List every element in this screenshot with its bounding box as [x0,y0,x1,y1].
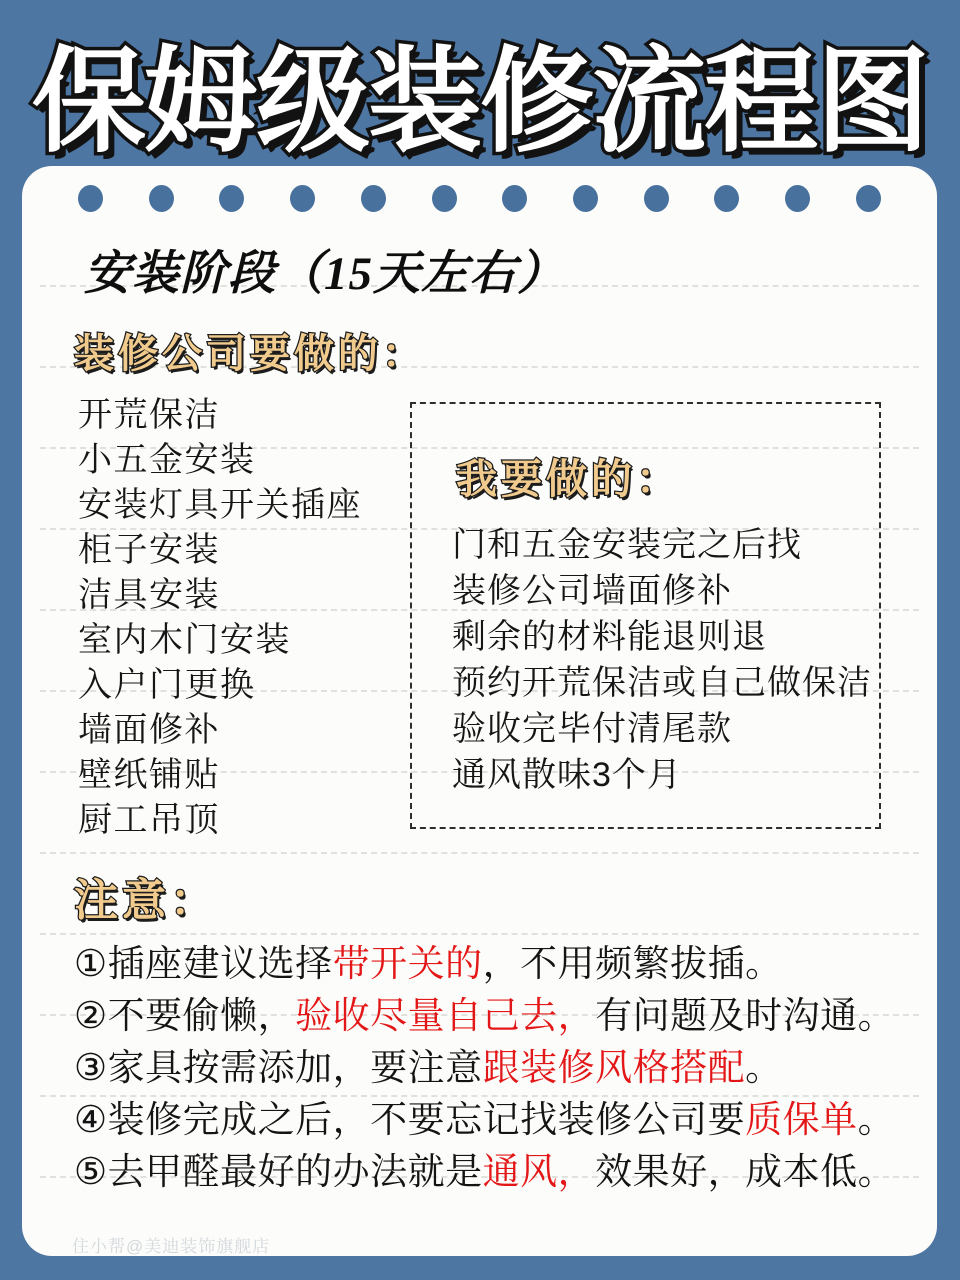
list-item: 厨工吊顶 [78,798,362,843]
binding-dot-icon [432,185,457,212]
list-item: 门和五金安装完之后找 [452,522,872,568]
note-text: ④装修完成之后，不要忘记找装修公司要 [74,1099,745,1140]
list-item: 墙面修补 [78,708,362,753]
list-item: 入户门更换 [78,663,362,708]
ruled-line [40,933,919,935]
note-text: ②不要偷懒， [74,995,295,1036]
binding-dot-icon [361,185,386,212]
note-text: ，不用频繁拔插。 [483,943,783,984]
note-item: ②不要偷懒，验收尽量自己去，有问题及时沟通。 [74,990,895,1042]
binding-dot-icon [502,185,527,212]
notes-list: ①插座建议选择带开关的，不用频繁拔插。 ②不要偷懒，验收尽量自己去，有问题及时沟… [74,938,895,1198]
binding-dot-icon [573,185,598,212]
note-text: ③家具按需添加，要注意 [74,1047,483,1088]
note-text: 。 [745,1047,783,1088]
binding-dot-icon [856,185,881,212]
list-item: 柜子安装 [78,528,362,573]
my-tasks-label: 我要做的： [456,446,681,505]
list-item: 壁纸铺贴 [78,753,362,798]
list-item: 装修公司墙面修补 [452,568,872,614]
note-highlight: 通风， [483,1151,596,1192]
note-text: 有问题及时沟通。 [595,995,895,1036]
binding-dot-icon [644,185,669,212]
note-highlight: 跟装修风格搭配 [483,1047,746,1088]
paper-sheet: 安装阶段（15天左右） 装修公司要做的： 开荒保洁 小五金安装 安装灯具开关插座… [22,166,937,1256]
note-text: 。 [858,1099,896,1140]
note-item: ⑤去甲醛最好的办法就是通风，效果好，成本低。 [74,1146,895,1198]
watermark: 住小帮@美迪装饰旗舰店 [72,1232,270,1257]
note-item: ④装修完成之后，不要忘记找装修公司要质保单。 [74,1094,895,1146]
note-text: 效果好，成本低。 [595,1151,895,1192]
list-item: 验收完毕付清尾款 [452,706,872,752]
binding-dot-icon [219,185,244,212]
note-highlight: 验收尽量自己去， [295,995,595,1036]
note-item: ③家具按需添加，要注意跟装修风格搭配。 [74,1042,895,1094]
company-tasks-list: 开荒保洁 小五金安装 安装灯具开关插座 柜子安装 洁具安装 室内木门安装 入户门… [78,393,362,843]
note-item: ①插座建议选择带开关的，不用频繁拔插。 [74,938,895,990]
list-item: 室内木门安装 [78,618,362,663]
list-item: 安装灯具开关插座 [78,483,362,528]
list-item: 通风散味3个月 [452,752,872,798]
list-item: 开荒保洁 [78,393,362,438]
list-item: 预约开荒保洁或自己做保洁 [452,660,872,706]
list-item: 剩余的材料能退则退 [452,614,872,660]
binding-dot-icon [785,185,810,212]
notes-label: 注意： [74,864,218,928]
company-tasks-label: 装修公司要做的： [74,322,426,379]
ruled-line [40,852,919,854]
binding-dot-icon [149,185,174,212]
note-highlight: 带开关的 [333,943,483,984]
my-tasks-box: 我要做的： 门和五金安装完之后找 装修公司墙面修补 剩余的材料能退则退 预约开荒… [410,402,881,829]
binding-dot-icon [78,185,103,212]
note-text: ⑤去甲醛最好的办法就是 [74,1151,483,1192]
note-highlight: 质保单 [745,1099,858,1140]
binding-dots-row [78,185,881,212]
note-text: ①插座建议选择 [74,943,333,984]
poster-title: 保姆级装修流程图 [0,10,960,174]
binding-dot-icon [714,185,739,212]
list-item: 洁具安装 [78,573,362,618]
stage-heading: 安装阶段（15天左右） [84,236,565,303]
list-item: 小五金安装 [78,438,362,483]
binding-dot-icon [290,185,315,212]
my-tasks-list: 门和五金安装完之后找 装修公司墙面修补 剩余的材料能退则退 预约开荒保洁或自己做… [452,522,872,798]
